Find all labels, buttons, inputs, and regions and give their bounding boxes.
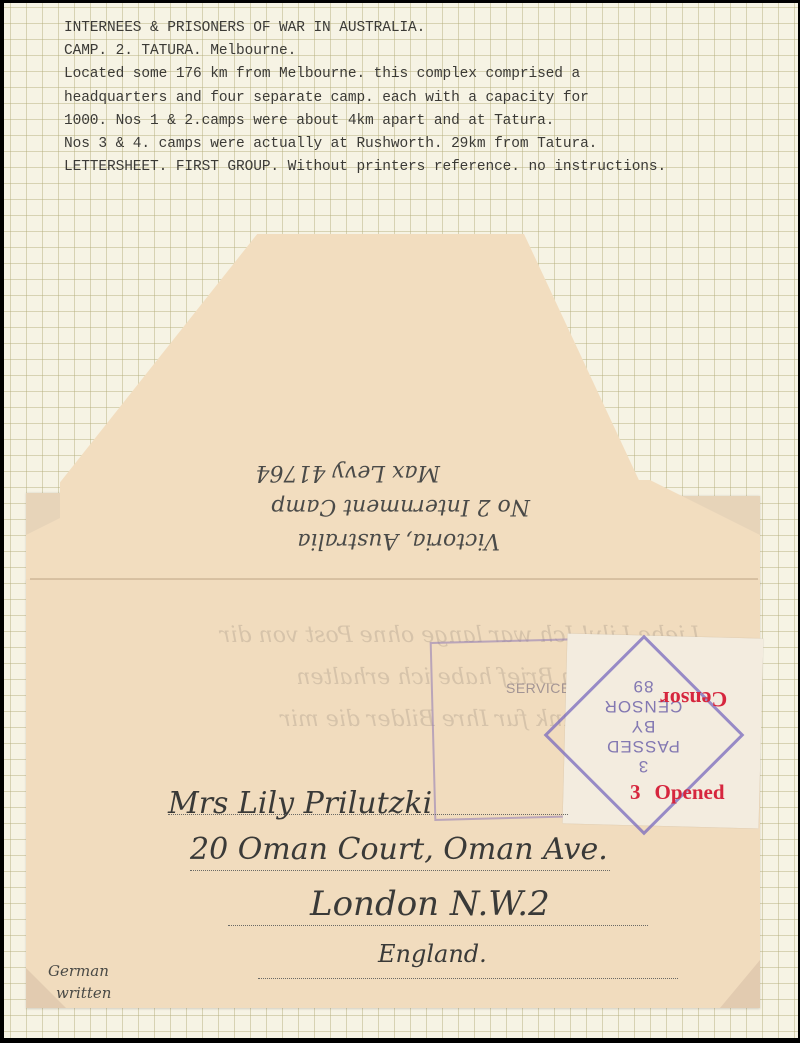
censor-label-number: 3 — [630, 780, 641, 804]
margin-note-line: German — [48, 960, 168, 982]
censor-label-opened-text: Opened — [655, 780, 725, 804]
margin-note: German written — [48, 960, 168, 1004]
header-line: headquarters and four separate camp. eac… — [64, 87, 794, 110]
sender-line: Victoria, Australia — [170, 523, 590, 557]
sender-address: Victoria, Australia No 2 Internment Camp… — [170, 455, 590, 557]
typewritten-description: INTERNEES & PRISONERS OF WAR IN AUSTRALI… — [64, 17, 794, 179]
censor-by: BY — [588, 716, 698, 736]
recipient-street: 20 Oman Court, Oman Ave. — [190, 832, 608, 867]
header-line: LETTERSHEET. FIRST GROUP. Without printe… — [64, 156, 794, 179]
header-line: Located some 176 km from Melbourne. this… — [64, 63, 794, 86]
header-title: INTERNEES & PRISONERS OF WAR IN AUSTRALI… — [64, 17, 794, 40]
header-camp: CAMP. 2. TATURA. Melbourne. — [64, 40, 794, 63]
margin-note-line: written — [48, 982, 168, 1004]
header-line: Nos 3 & 4. camps were actually at Rushwo… — [64, 133, 794, 156]
recipient-name: Mrs Lily Prilutzki — [168, 786, 432, 821]
service-handstamp-text: SERVICE — [506, 680, 571, 696]
header-line: 1000. Nos 1 & 2.camps were about 4km apa… — [64, 110, 794, 133]
sender-name: Max Levy 41764 — [170, 455, 590, 489]
recipient-country: England. — [378, 940, 487, 968]
censor-label-opened: 3Opened — [630, 780, 725, 805]
censor-label-censor-text: Censor — [660, 686, 727, 712]
sender-line: No 2 Internment Camp — [170, 489, 590, 523]
censor-number: 3 — [588, 756, 698, 776]
recipient-city: London N.W.2 — [310, 884, 550, 924]
fold-line — [30, 578, 758, 580]
censor-passed: PASSED — [588, 736, 698, 756]
